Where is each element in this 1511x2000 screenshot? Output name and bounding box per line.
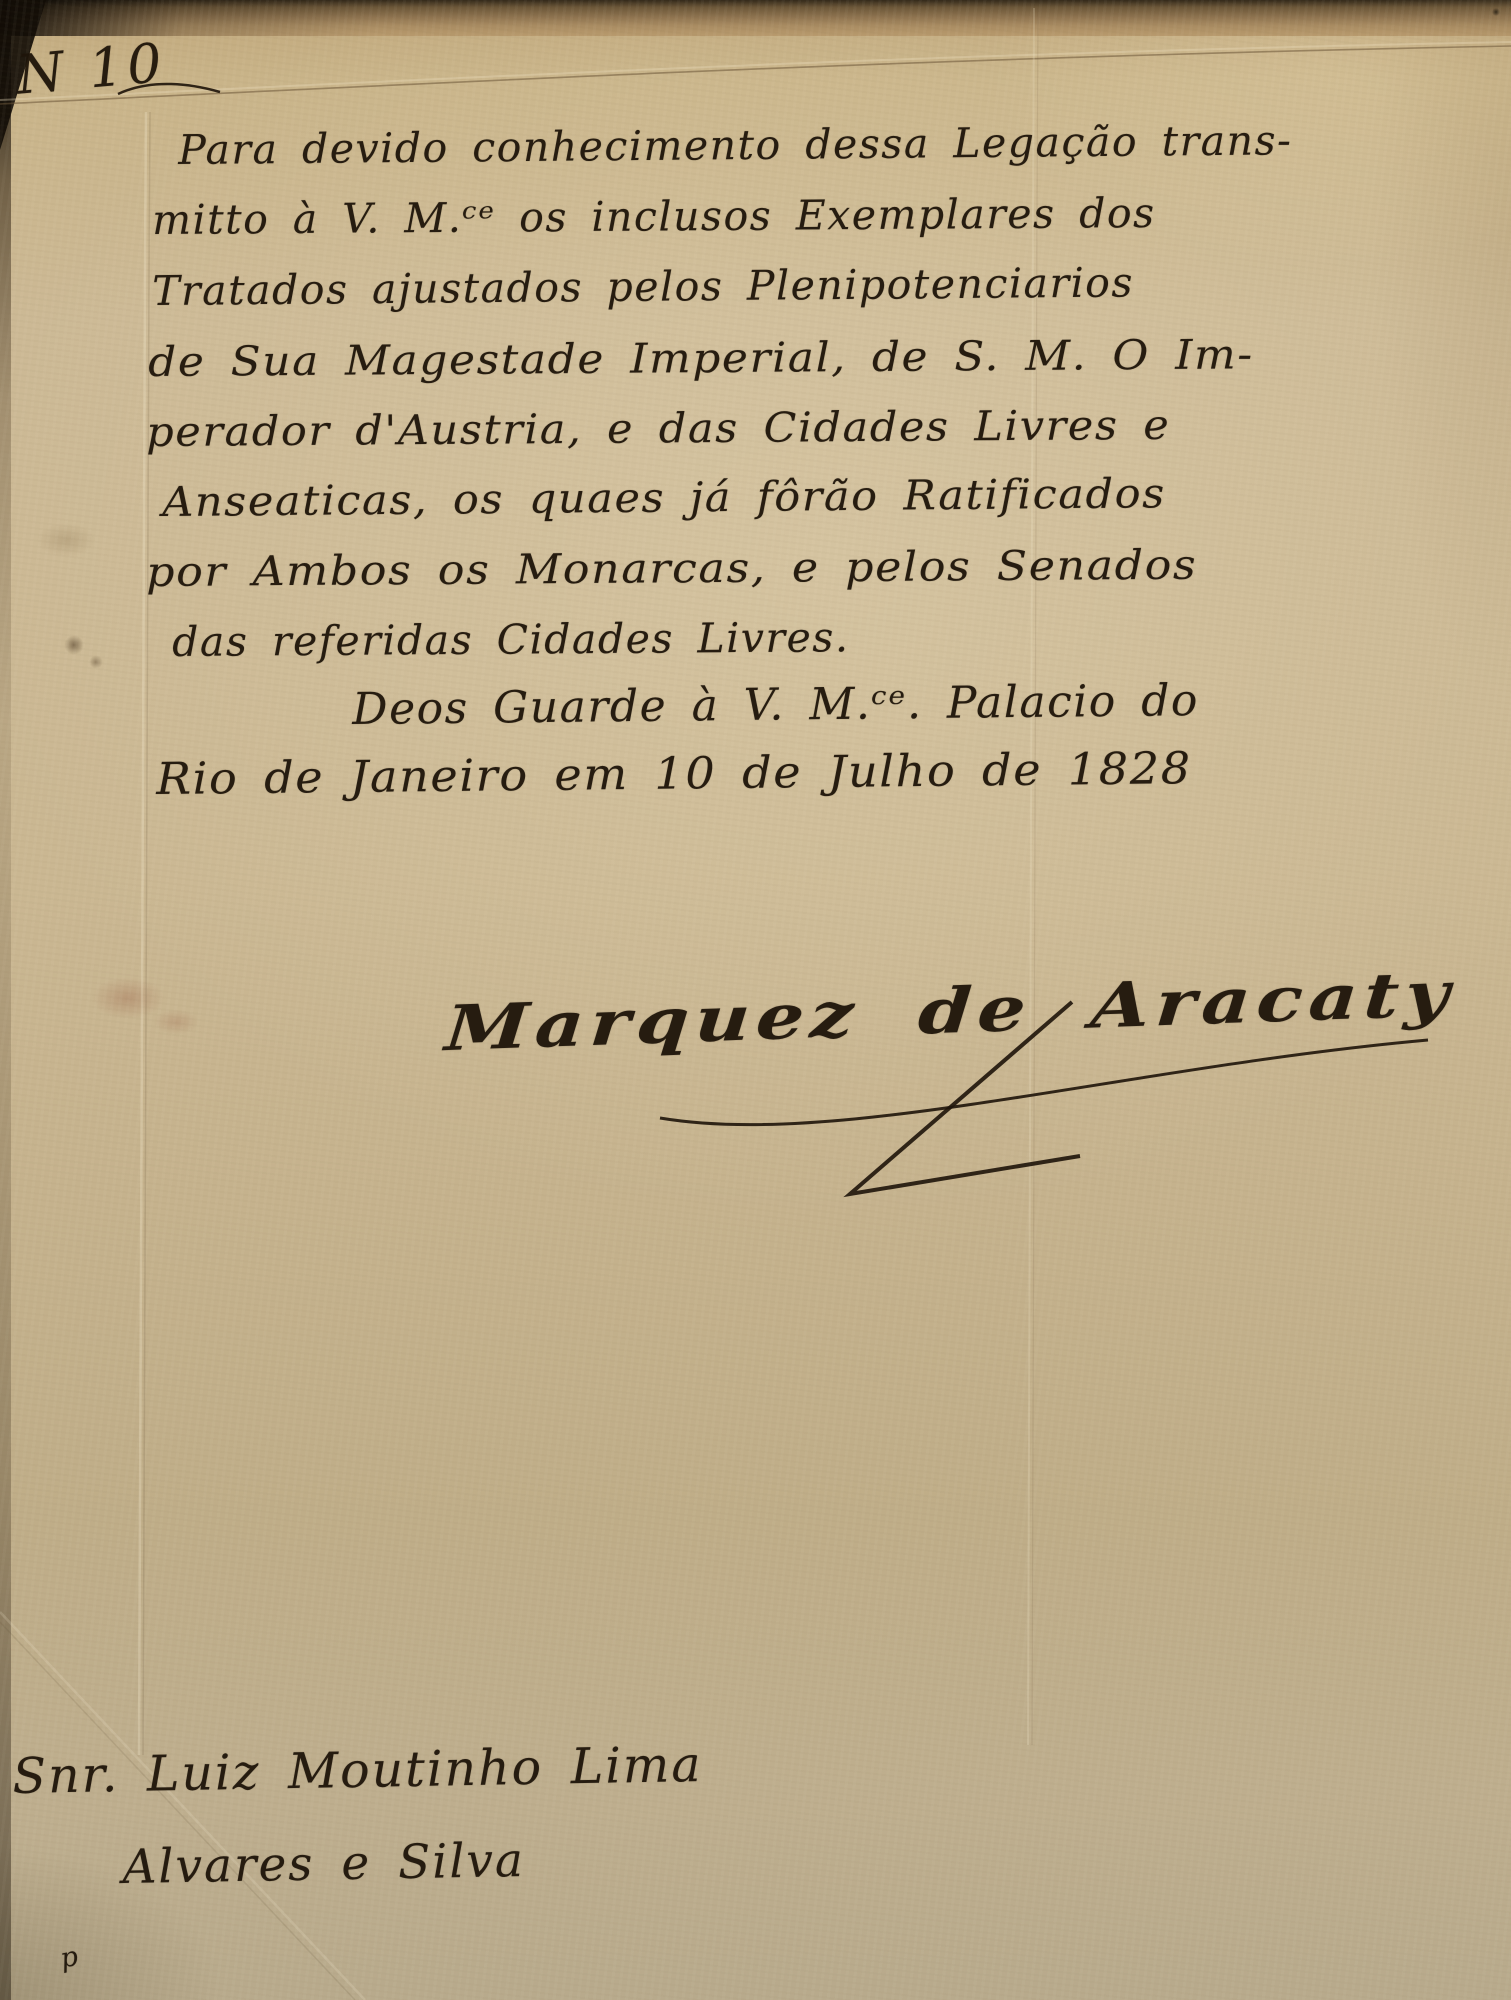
page-edge-highlight — [0, 42, 1511, 100]
manuscript-line-4: de Sua Magestade Imperial, de S. M. O Im… — [148, 330, 1254, 386]
document-number: N 10 — [14, 31, 168, 107]
manuscript-line-1: Para devido conhecimento dessa Legação t… — [178, 116, 1293, 174]
manuscript-line-5: perador d'Austria, e das Cidades Livres … — [146, 401, 1170, 456]
valediction-line: Deos Guarde à V. M.ᶜᵉ. Palacio do — [352, 675, 1199, 735]
recipient-name-line-1: Snr. Luiz Moutinho Lima — [12, 1736, 703, 1805]
manuscript-page: N 10 Para devido conhecimento dessa Lega… — [0, 0, 1511, 2000]
recipient-name-line-2: Alvares e Silva — [122, 1833, 525, 1895]
dateline: Rio de Janeiro em 10 de Julho de 1828 — [156, 743, 1192, 805]
diagonal-crease — [0, 1612, 365, 2000]
signature: Marquez de Aracaty — [443, 957, 1458, 1065]
binding-edge — [0, 0, 11, 2000]
page-edge-curve — [0, 46, 1511, 104]
fold-crease-left — [139, 112, 146, 1755]
diagonal-crease-shadow — [0, 1622, 355, 2000]
paraph-mark: p — [58, 1941, 80, 1975]
manuscript-line-6: Anseaticas, os quaes já fôrão Ratificado… — [162, 469, 1166, 526]
manuscript-line-7: por Ambos os Monarcas, e pelos Senados — [146, 541, 1197, 596]
manuscript-line-3: Tratados ajustados pelos Plenipotenciari… — [152, 258, 1134, 315]
page-top-edge — [0, 0, 1511, 36]
manuscript-line-2: mitto à V. M.ᶜᵉ os inclusos Exemplares d… — [152, 189, 1156, 244]
manuscript-line-8: das referidas Cidades Livres. — [172, 613, 850, 666]
